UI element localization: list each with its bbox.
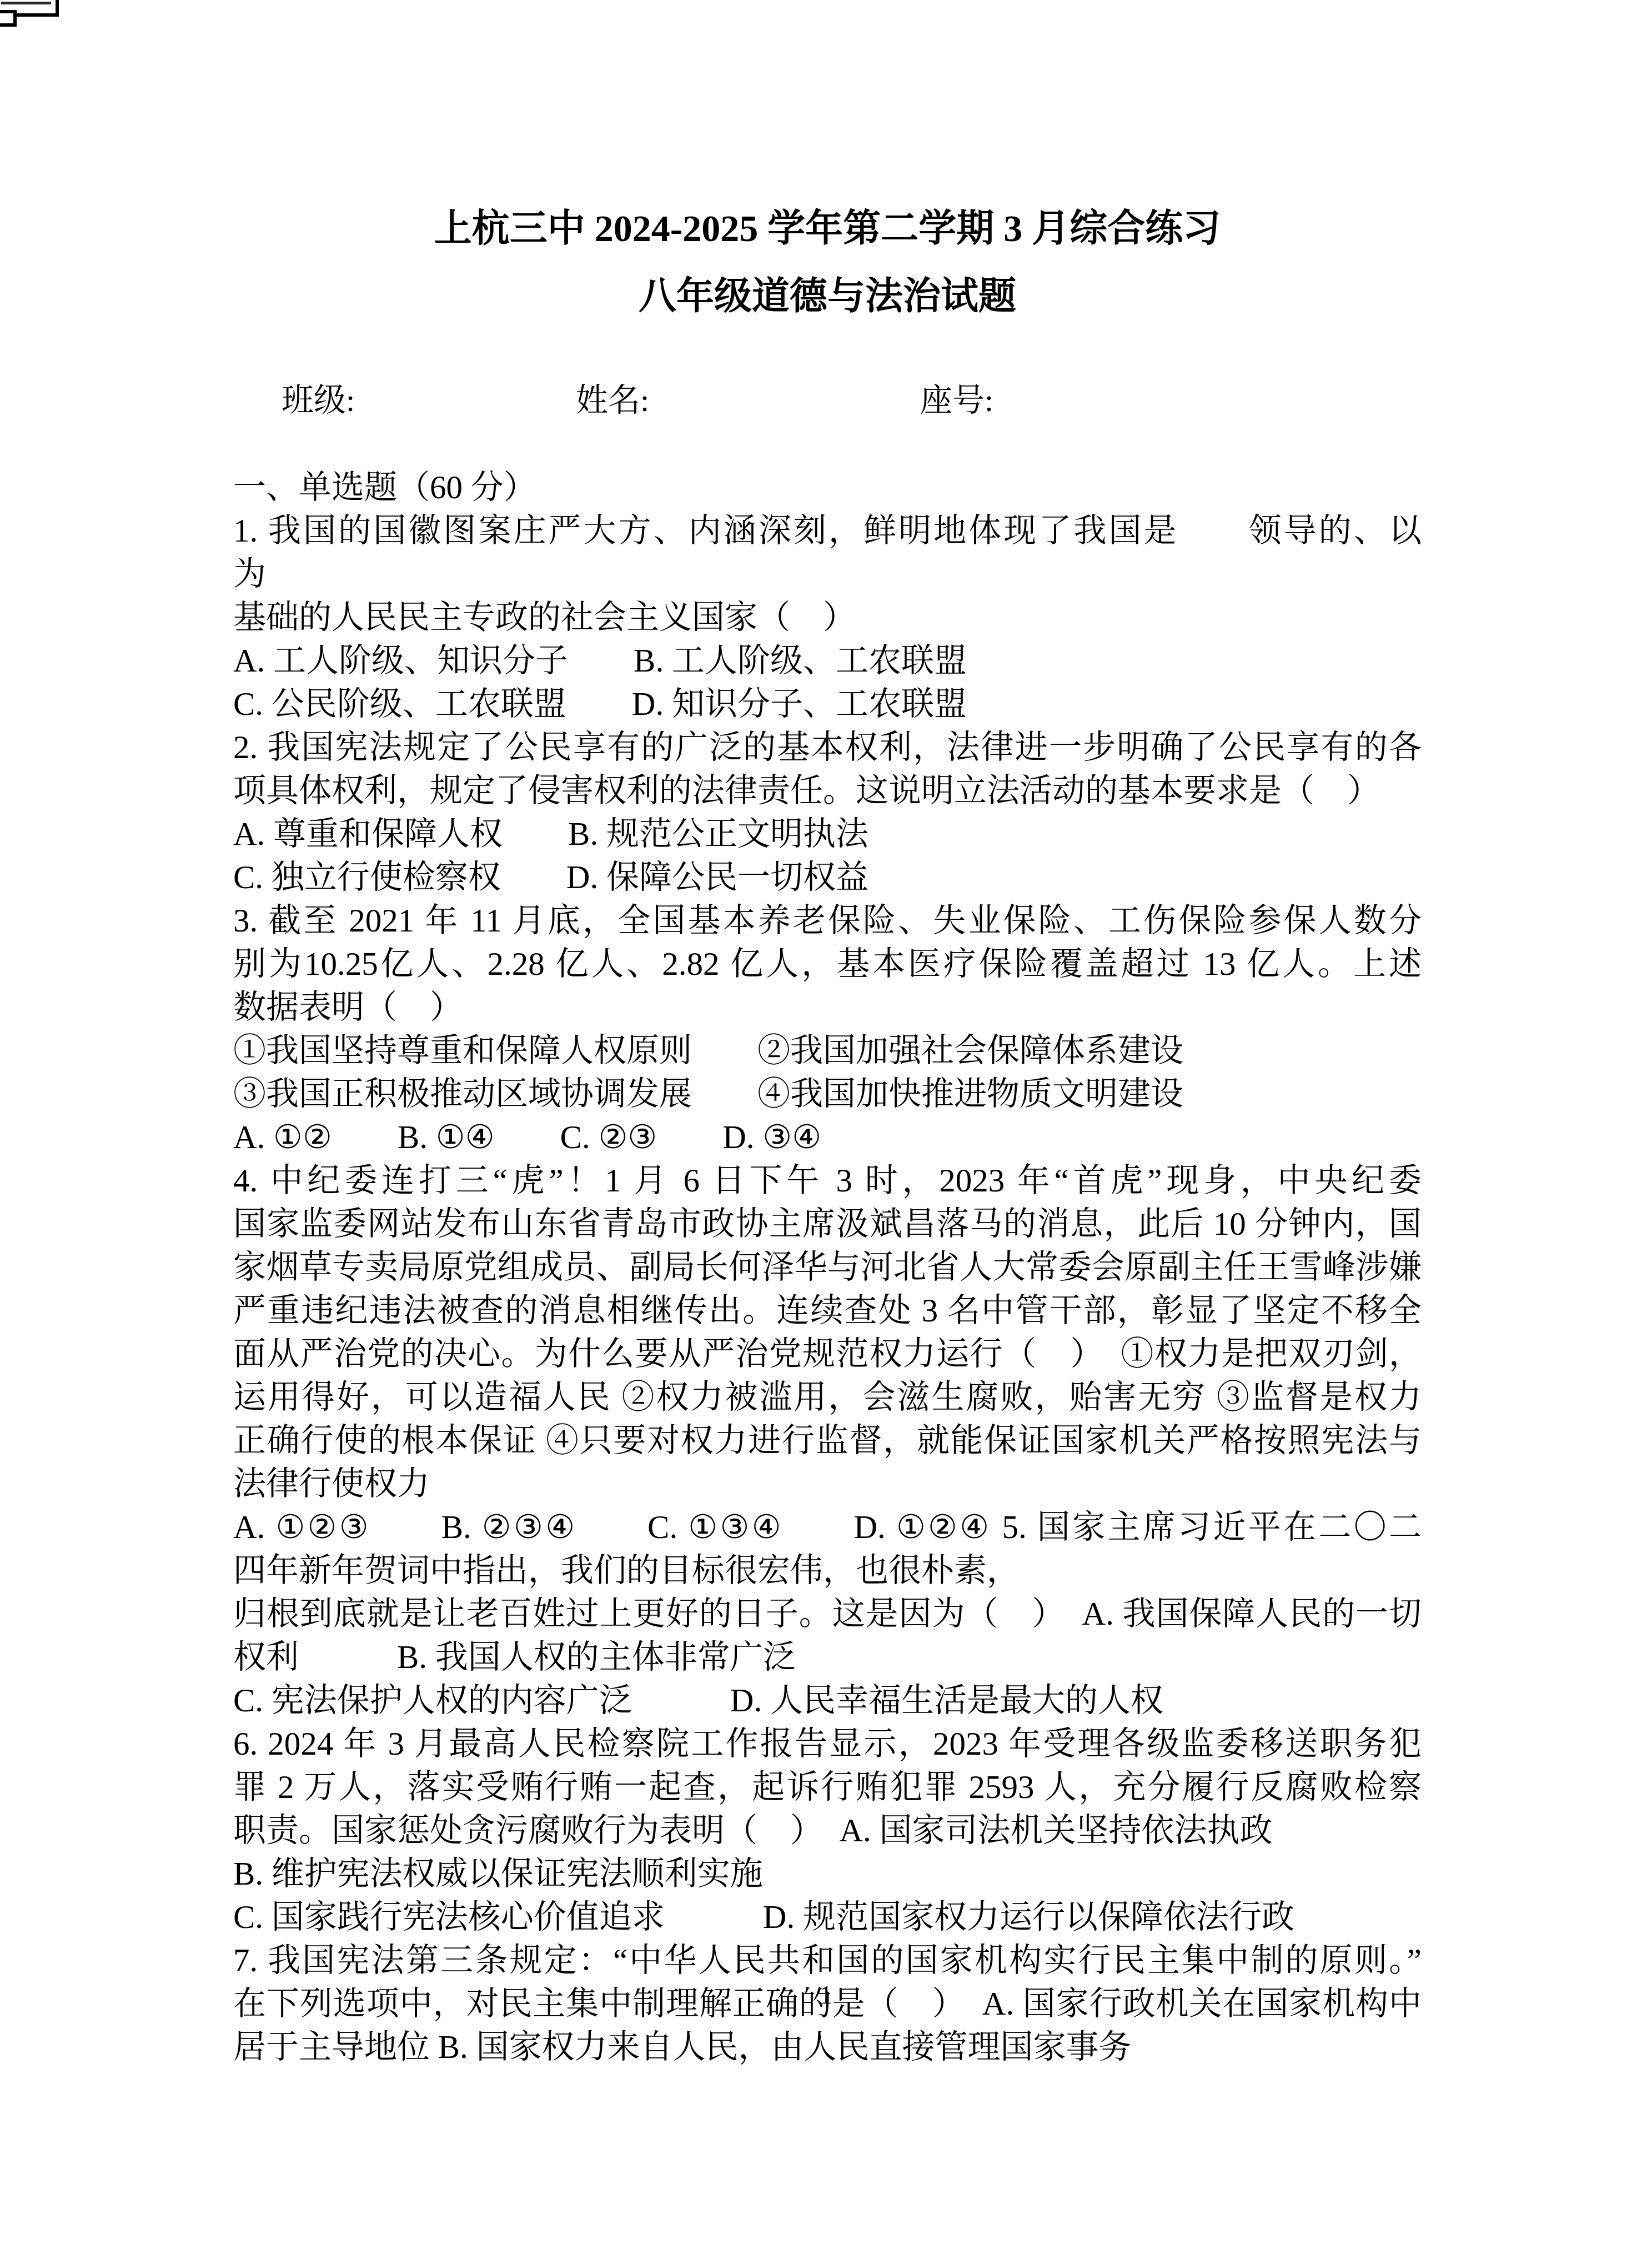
name-field-label: 姓名: (576, 379, 920, 422)
text-line: A. 工人阶级、知识分子 B. 工人阶级、工农联盟 (233, 639, 1422, 682)
text-line: 居于主导地位 B. 国家权力来自人民，由人民直接管理国家事务 (233, 2025, 1422, 2068)
text-line: A. 尊重和保障人权 B. 规范公正文明执法 (233, 812, 1422, 855)
document-body: 上杭三中 2024-2025 学年第二学期 3 月综合练习 八年级道德与法治试题… (233, 204, 1422, 2068)
text-line: 正确行使的根本保证 ④只要对权力进行监督，就能保证国家机关严格按照宪法与 (233, 1419, 1422, 1462)
class-field-label: 班级: (282, 379, 576, 422)
text-line: C. 宪法保护人权的内容广泛 D. 人民幸福生活是最大的人权 (233, 1679, 1422, 1722)
text-line: 1. 我国的国徽图案庄严大方、内涵深刻，鲜明地体现了我国是 领导的、以 为 (233, 509, 1422, 595)
exam-title: 上杭三中 2024-2025 学年第二学期 3 月综合练习 (233, 204, 1422, 252)
text-line: 一、单选题（60 分） (233, 465, 1422, 509)
text-line: 运用得好，可以造福人民 ②权力被滥用，会滋生腐败，贻害无穷 ③监督是权力 (233, 1375, 1422, 1419)
page-number: 1 (0, 1978, 1652, 2012)
text-line: 7. 我国宪法第三条规定：“中华人民共和国的国家机构实行民主集中制的原则。” (233, 1939, 1422, 1982)
text-line: 归根到底就是让老百姓过上更好的日子。这是因为（ ） A. 我国保障人民的一切 (233, 1592, 1422, 1635)
text-line: 数据表明（ ） (233, 985, 1422, 1029)
text-line: C. 国家践行宪法核心价值追求 D. 规范国家权力运行以保障依法行政 (233, 1895, 1422, 1939)
text-line: C. 独立行使检察权 D. 保障公民一切权益 (233, 855, 1422, 899)
exam-paper-page: 上杭三中 2024-2025 学年第二学期 3 月综合练习 八年级道德与法治试题… (0, 0, 1652, 2244)
seat-field-label: 座号: (920, 379, 993, 422)
text-line: 法律行使权力 (233, 1462, 1422, 1505)
text-line: 权利 B. 我国人权的主体非常广泛 (233, 1635, 1422, 1679)
text-line: C. 公民阶级、工农联盟 D. 知识分子、工农联盟 (233, 682, 1422, 725)
text-line: 严重违纪违法被查的消息相继传出。连续查处 3 名中管干部，彰显了坚定不移全 (233, 1289, 1422, 1332)
text-line: 别为10.25亿人、2.28 亿人、2.82 亿人，基本医疗保险覆盖超过 13 … (233, 942, 1422, 985)
text-line: 家烟草专卖局原党组成员、副局长何泽华与河北省人大常委会原副主任王雪峰涉嫌 (233, 1245, 1422, 1289)
text-line: 4. 中纪委连打三“虎”！1 月 6 日下午 3 时，2023 年“首虎”现身，… (233, 1159, 1422, 1202)
exam-subtitle: 八年级道德与法治试题 (233, 272, 1422, 320)
text-line: 国家监委网站发布山东省青岛市政协主席汲斌昌落马的消息，此后 10 分钟内，国 (233, 1202, 1422, 1245)
text-line: 职责。国家惩处贪污腐败行为表明（ ） A. 国家司法机关坚持依法执政 (233, 1809, 1422, 1852)
page-fragment-icon (0, 0, 78, 39)
question-lines: 一、单选题（60 分）1. 我国的国徽图案庄严大方、内涵深刻，鲜明地体现了我国是… (233, 465, 1422, 2068)
page-fragment-line (1, 2, 51, 4)
text-line: ③我国正积极推动区域协调发展 ④我国加快推进物质文明建设 (233, 1072, 1422, 1115)
text-line: 四年新年贺词中指出，我们的目标很宏伟，也很朴素， (233, 1549, 1422, 1592)
page-fragment-tab (0, 10, 17, 27)
text-line: 项具体权利，规定了侵害权利的法律责任。这说明立法活动的基本要求是（ ） (233, 769, 1422, 812)
text-line: 6. 2024 年 3 月最高人民检察院工作报告显示，2023 年受理各级监委移… (233, 1722, 1422, 1765)
text-line: 2. 我国宪法规定了公民享有的广泛的基本权利，法律进一步明确了公民享有的各 (233, 725, 1422, 769)
text-line: 面从严治党的决心。为什么要从严治党规范权力运行（ ） ①权力是把双刃剑， (233, 1332, 1422, 1375)
text-line: 罪 2 万人，落实受贿行贿一起查，起诉行贿犯罪 2593 人，充分履行反腐败检察 (233, 1765, 1422, 1809)
text-line: A. ①②③ B. ②③④ C. ①③④ D. ①②④ 5. 国家主席习近平在二… (233, 1505, 1422, 1549)
student-info-line: 班级:姓名:座号: (233, 335, 1422, 465)
text-line: ①我国坚持尊重和保障人权原则 ②我国加强社会保障体系建设 (233, 1029, 1422, 1072)
text-line: 基础的人民民主专政的社会主义国家（ ） (233, 595, 1422, 639)
text-line: A. ①② B. ①④ C. ②③ D. ③④ (233, 1115, 1422, 1159)
text-line: 3. 截至 2021 年 11 月底，全国基本养老保险、失业保险、工伤保险参保人… (233, 899, 1422, 942)
text-line: B. 维护宪法权威以保证宪法顺利实施 (233, 1852, 1422, 1895)
